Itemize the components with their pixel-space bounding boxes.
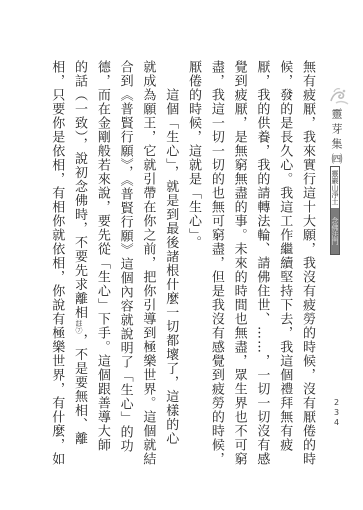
page-number: 234 — [331, 398, 341, 428]
section-label-top: 靈巖山淨土 — [331, 167, 339, 208]
text-column-10: 德，而在金剛般若來說，要先從「生心」下手。這個跟善導大師 — [90, 60, 113, 472]
text-column-11-before: 的話（一致），說初念佛時，不要先求離相 — [72, 60, 87, 320]
running-head-title: 靈芽集㈣ — [329, 108, 343, 168]
section-label-bottom: 念佛法門 — [331, 208, 339, 254]
text-column-5: 盡，我這一切一切的也無可窮盡，但是我沒有感覺到疲勞的時候， — [204, 60, 227, 472]
text-column-8: 就成為願王，它就引帶在你之前，把你引導到極樂世界。這個就結 — [136, 60, 159, 472]
flourish-ornament-icon — [328, 86, 350, 108]
text-column-6: 厭倦的時候，這就是「生心」。 — [181, 60, 204, 472]
text-column-11-after: ，不是要無相、離 — [72, 334, 87, 446]
section-label-box: 靈巖山淨土 念佛法門 — [330, 166, 340, 255]
text-column-1: 無有疲厭，我來實行這十大願，我沒有疲勞的時候，沒有厭倦的時 — [295, 60, 318, 472]
text-column-9: 合到《普賢行願》，《普賢行願》這個內容就說明了「生心」的功 — [113, 60, 136, 472]
body-text: 無有疲厭，我來實行這十大願，我沒有疲勞的時候，沒有厭倦的時 候，發的是長久心。我… — [44, 60, 318, 472]
footnote-marker: 註⑦ — [75, 320, 83, 334]
text-column-3: 厭，我的供養，我的請轉法輪、請佛住世、……，一切一切沒有感 — [250, 60, 273, 472]
text-column-7: 這個「生心」，就是到最後諸根什麼一切都壞了，這樣的心 — [158, 60, 181, 472]
text-column-11: 的話（一致），說初念佛時，不要先求離相註⑦，不是要無相、離 — [67, 60, 90, 472]
text-column-12: 相，只要你是依相，有相你就依相，你說有極樂世界，有什麼，如 — [44, 60, 67, 472]
book-page: 靈芽集㈣ 靈巖山淨土 念佛法門 234 無有疲厭，我來實行這十大願，我沒有疲勞的… — [0, 0, 363, 510]
text-column-4: 覺到疲厭，是無窮無盡的事。未來的時間也無盡，眾生界也不可窮 — [227, 60, 250, 472]
text-column-2: 候，發的是長久心。我這工作繼續堅持下去，我這個禮拜無有疲 — [272, 60, 295, 472]
